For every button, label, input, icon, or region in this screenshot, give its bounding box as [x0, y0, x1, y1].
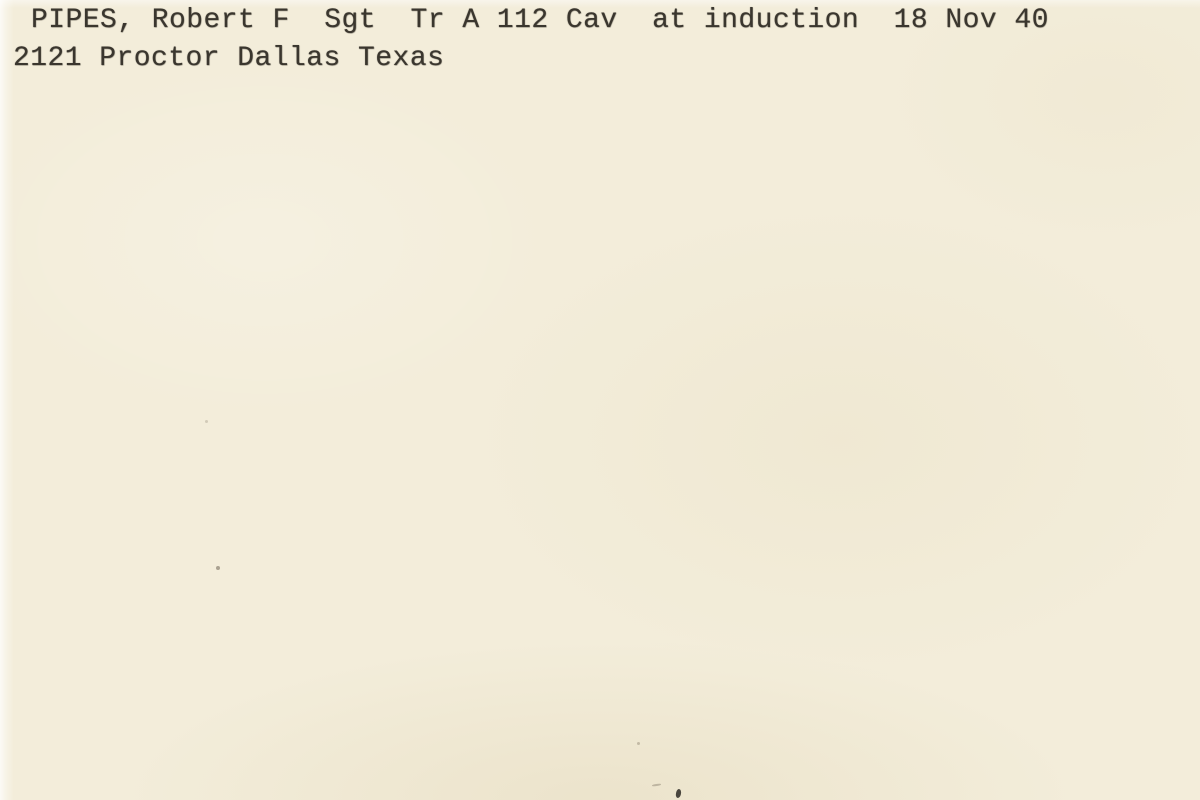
ink-speck [675, 789, 682, 799]
index-card: PIPES, Robert F Sgt Tr A 112 Cav at indu… [0, 0, 1200, 800]
typewritten-line-address: 2121 Proctor Dallas Texas [13, 43, 444, 74]
ink-speck [637, 742, 640, 745]
ink-speck [216, 566, 220, 570]
ink-speck [205, 420, 208, 423]
ink-speck [652, 783, 661, 786]
typewritten-line-caption: PIPES, Robert F Sgt Tr A 112 Cav at indu… [31, 5, 1049, 36]
